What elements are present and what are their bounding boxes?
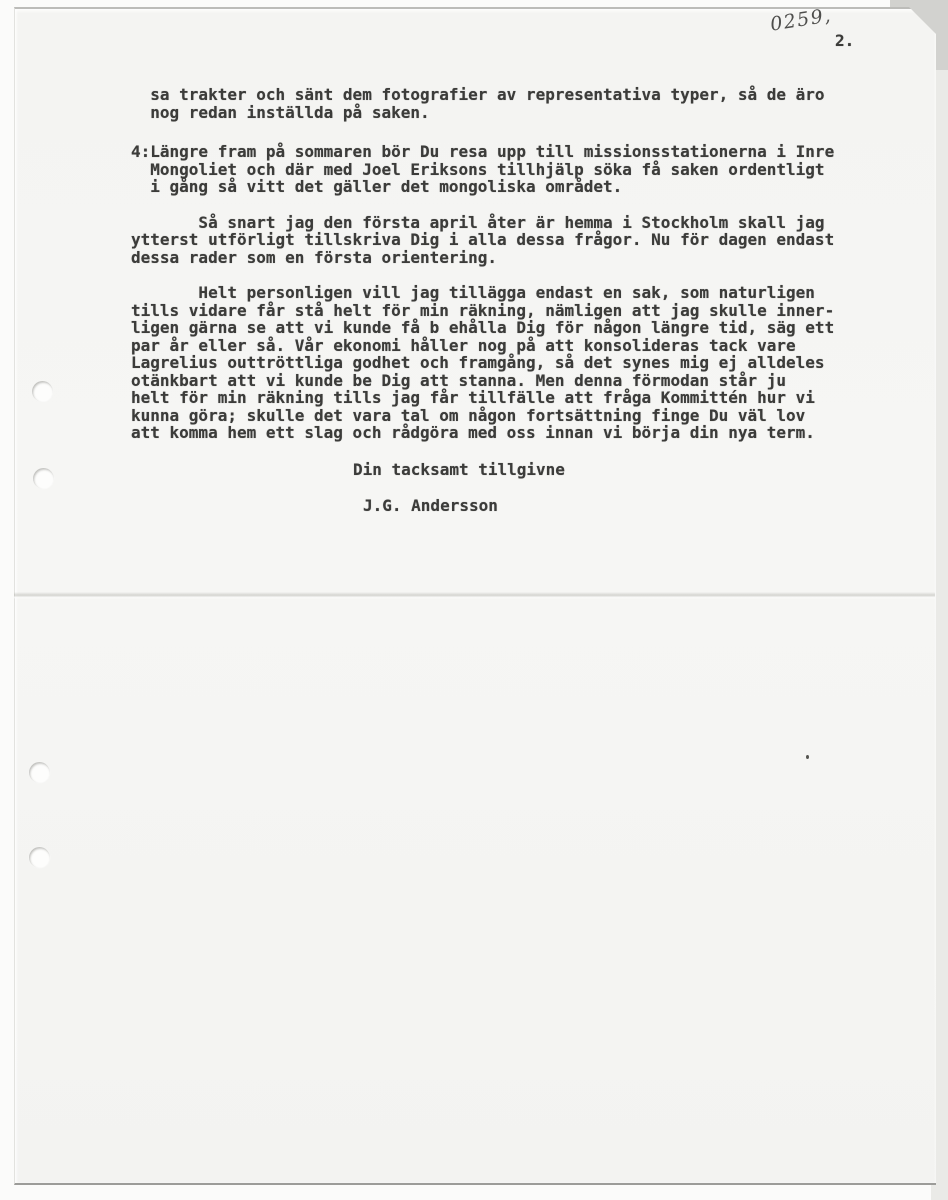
paragraph: sa trakter och sänt dem fotografier av r…: [131, 86, 921, 121]
punch-hole: [29, 847, 50, 868]
page-number: 2.: [835, 31, 854, 50]
paragraph: 4:Längre fram på sommaren bör Du resa up…: [131, 143, 921, 196]
ink-speck: [806, 755, 809, 759]
letter-body: sa trakter och sänt dem fotografier av r…: [131, 86, 921, 515]
paragraph: Så snart jag den första april åter är he…: [131, 214, 921, 267]
fold-crease: [14, 592, 935, 599]
signature: J.G. Andersson: [131, 497, 921, 515]
paragraph: Helt personligen vill jag tillägga endas…: [131, 284, 921, 442]
punch-hole: [33, 468, 54, 489]
punch-hole: [32, 381, 53, 402]
punch-hole: [29, 762, 50, 783]
closing-line: Din tacksamt tillgivne: [131, 461, 921, 479]
